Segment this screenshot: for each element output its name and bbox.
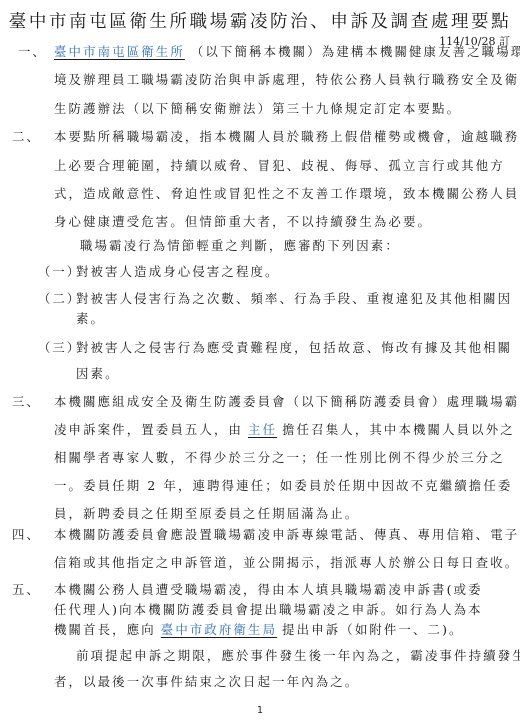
line-text: 機關首長，應向 bbox=[54, 622, 156, 637]
section-line: 本要點所稱職場霸凌，指本機關人員於職務上假借權勢或機會，逾越職務 bbox=[54, 129, 519, 145]
item-number: （二） bbox=[38, 291, 81, 307]
section-number: 三、 bbox=[12, 394, 41, 410]
section-line: 本機關應組成安全及衛生防護委員會（以下簡稱防護委員會）處理職場霸 bbox=[54, 394, 519, 410]
section-line: 機關首長，應向臺中市政府衛生局提出申訴（如附件一、二)。 bbox=[54, 622, 464, 638]
line-text: （以下簡稱本機關）為建構本機關健康友善之職場環 bbox=[191, 44, 520, 59]
section-number: 四、 bbox=[12, 527, 41, 543]
item-line: 對被害人之侵害行為應受責難程度，包括故意、悔改有據及其他相關 bbox=[76, 340, 512, 356]
line-text: 凌申訴案件，置委員五人，由 bbox=[54, 422, 243, 437]
convener-link[interactable]: 主任 bbox=[243, 422, 282, 437]
subparagraph: 者，以最後一次事件結束之次日起一年內為之。 bbox=[54, 674, 359, 690]
section-line: 生防護辦法（以下簡稱安衛辦法）第三十九條規定訂定本要點。 bbox=[54, 101, 461, 117]
section-line: 一。委員任期 2 年，連聘得連任；如委員於任期中因故不克繼續擔任委 bbox=[54, 478, 512, 494]
section-line: 境及辦理員工職場霸凌防治與申訴處理，特依公務人員執行職務安全及衛 bbox=[54, 72, 519, 88]
item-line: 因素。 bbox=[76, 366, 120, 382]
section-line: 上必要合理範圍，持續以威脅、冒犯、歧視、侮辱、孤立言行或其他方 bbox=[54, 158, 505, 174]
section-line: 身心健康遭受危害。但情節重大者，不以持續發生為必要。 bbox=[54, 214, 432, 230]
section-line: 凌申訴案件，置委員五人，由主任擔任召集人，其中本機關人員以外之 bbox=[54, 422, 515, 438]
section-line: 式，造成敵意性、脅迫性或冒犯性之不友善工作環境，致本機關公務人員 bbox=[54, 186, 519, 202]
section-line: 臺中市南屯區衛生所（以下簡稱本機關）為建構本機關健康友善之職場環 bbox=[46, 44, 520, 60]
subparagraph: 前項提起申訴之期限，應於事件發生後一年內為之，霸凌事件持續發生 bbox=[76, 648, 520, 664]
section-line: 員，新聘委員之任期至原委員之任期屆滿為止。 bbox=[54, 506, 359, 522]
section-line: 本機關防護委員會應設置職場霸凌申訴專線電話、傳真、專用信箱、電子 bbox=[54, 527, 519, 543]
item-number: （三） bbox=[38, 340, 81, 356]
document-title: 臺中市南屯區衛生所職場霸凌防治、申訴及調查處理要點 bbox=[0, 8, 520, 33]
line-text: 擔任召集人，其中本機關人員以外之 bbox=[282, 422, 515, 437]
subparagraph: 職場霸凌行為情節輕重之判斷，應審酌下列因素： bbox=[80, 238, 400, 254]
section-number: 五、 bbox=[12, 582, 41, 598]
section-number: 二、 bbox=[12, 129, 41, 145]
section-line: 本機關公務人員遭受職場霸凌，得由本人填具職場霸凌申訴書(或委 bbox=[54, 582, 483, 598]
item-line: 素。 bbox=[76, 311, 105, 327]
health-bureau-link[interactable]: 臺中市政府衛生局 bbox=[156, 622, 282, 637]
item-line: 對被害人造成身心侵害之程度。 bbox=[76, 264, 280, 280]
section-line: 相關學者專家人數，不得少於三分之一；任一性別比例不得少於三分之 bbox=[54, 450, 505, 466]
section-line: 信箱或其他指定之申訴管道，並公開揭示，指派專人於辦公日每日查收。 bbox=[54, 555, 519, 571]
line-text: 提出申訴（如附件一、二)。 bbox=[282, 622, 463, 637]
item-line: 對被害人侵害行為之次數、頻率、行為手段、重複違犯及其他相關因 bbox=[76, 291, 512, 307]
agency-link[interactable]: 臺中市南屯區衛生所 bbox=[46, 44, 191, 59]
item-number: （一） bbox=[38, 264, 81, 280]
section-line: 任代理人)向本機關防護委員會提出職場霸凌之申訴。如行為人為本 bbox=[54, 602, 483, 618]
section-number: 一、 bbox=[18, 44, 47, 60]
page-number: 1 bbox=[0, 705, 520, 716]
